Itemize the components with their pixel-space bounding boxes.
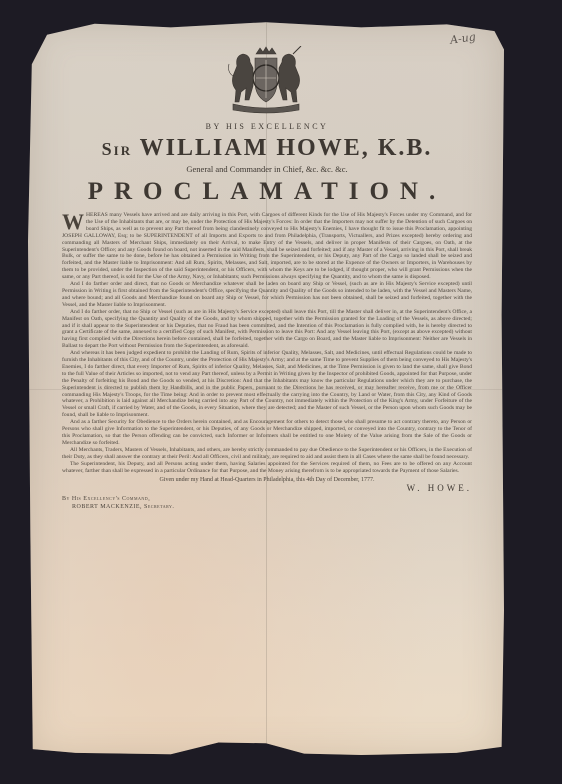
signature: W. HOWE. (62, 483, 472, 493)
secretary-line: ROBERT MACKENZIE, Secretary. (62, 503, 472, 511)
issuer-name: Sir WILLIAM HOWE, K.B. (62, 135, 472, 162)
command-attribution: By His Excellency's Command, ROBERT MACK… (62, 495, 472, 511)
proclamation-broadside: A-ug BY HIS EXCELLENCY Sir WILLIAM HOWE,… (28, 20, 504, 758)
paragraph: And as a farther Security for Obedience … (62, 419, 472, 447)
paragraph: And whereas it has been judged expedient… (62, 350, 472, 419)
paragraph: And I do farther order and direct, that … (62, 281, 472, 309)
by-his-excellency-line: BY HIS EXCELLENCY (62, 122, 472, 131)
paragraph: W HEREAS many Vessels have arrived and a… (62, 212, 472, 281)
handwritten-annotation: A-ug (449, 30, 476, 46)
proclamation-text: BY HIS EXCELLENCY Sir WILLIAM HOWE, K.B.… (62, 118, 472, 511)
honorific: Sir (102, 139, 132, 159)
paragraph: And I do farther order, that no Ship or … (62, 309, 472, 350)
issuer-full-name: WILLIAM HOWE, K.B. (140, 135, 433, 161)
issuer-title: General and Commander in Chief, &c. &c. … (62, 164, 472, 174)
proclamation-body: W HEREAS many Vessels have arrived and a… (62, 212, 472, 474)
command-line: By His Excellency's Command, (62, 495, 472, 503)
paragraph: All Merchants, Traders, Masters of Vesse… (62, 447, 472, 461)
drop-cap: W (62, 213, 84, 231)
proclamation-heading: PROCLAMATION. (62, 178, 472, 206)
paragraph: The Superintendent, his Deputy, and all … (62, 461, 472, 475)
royal-coat-of-arms-icon (223, 46, 309, 116)
